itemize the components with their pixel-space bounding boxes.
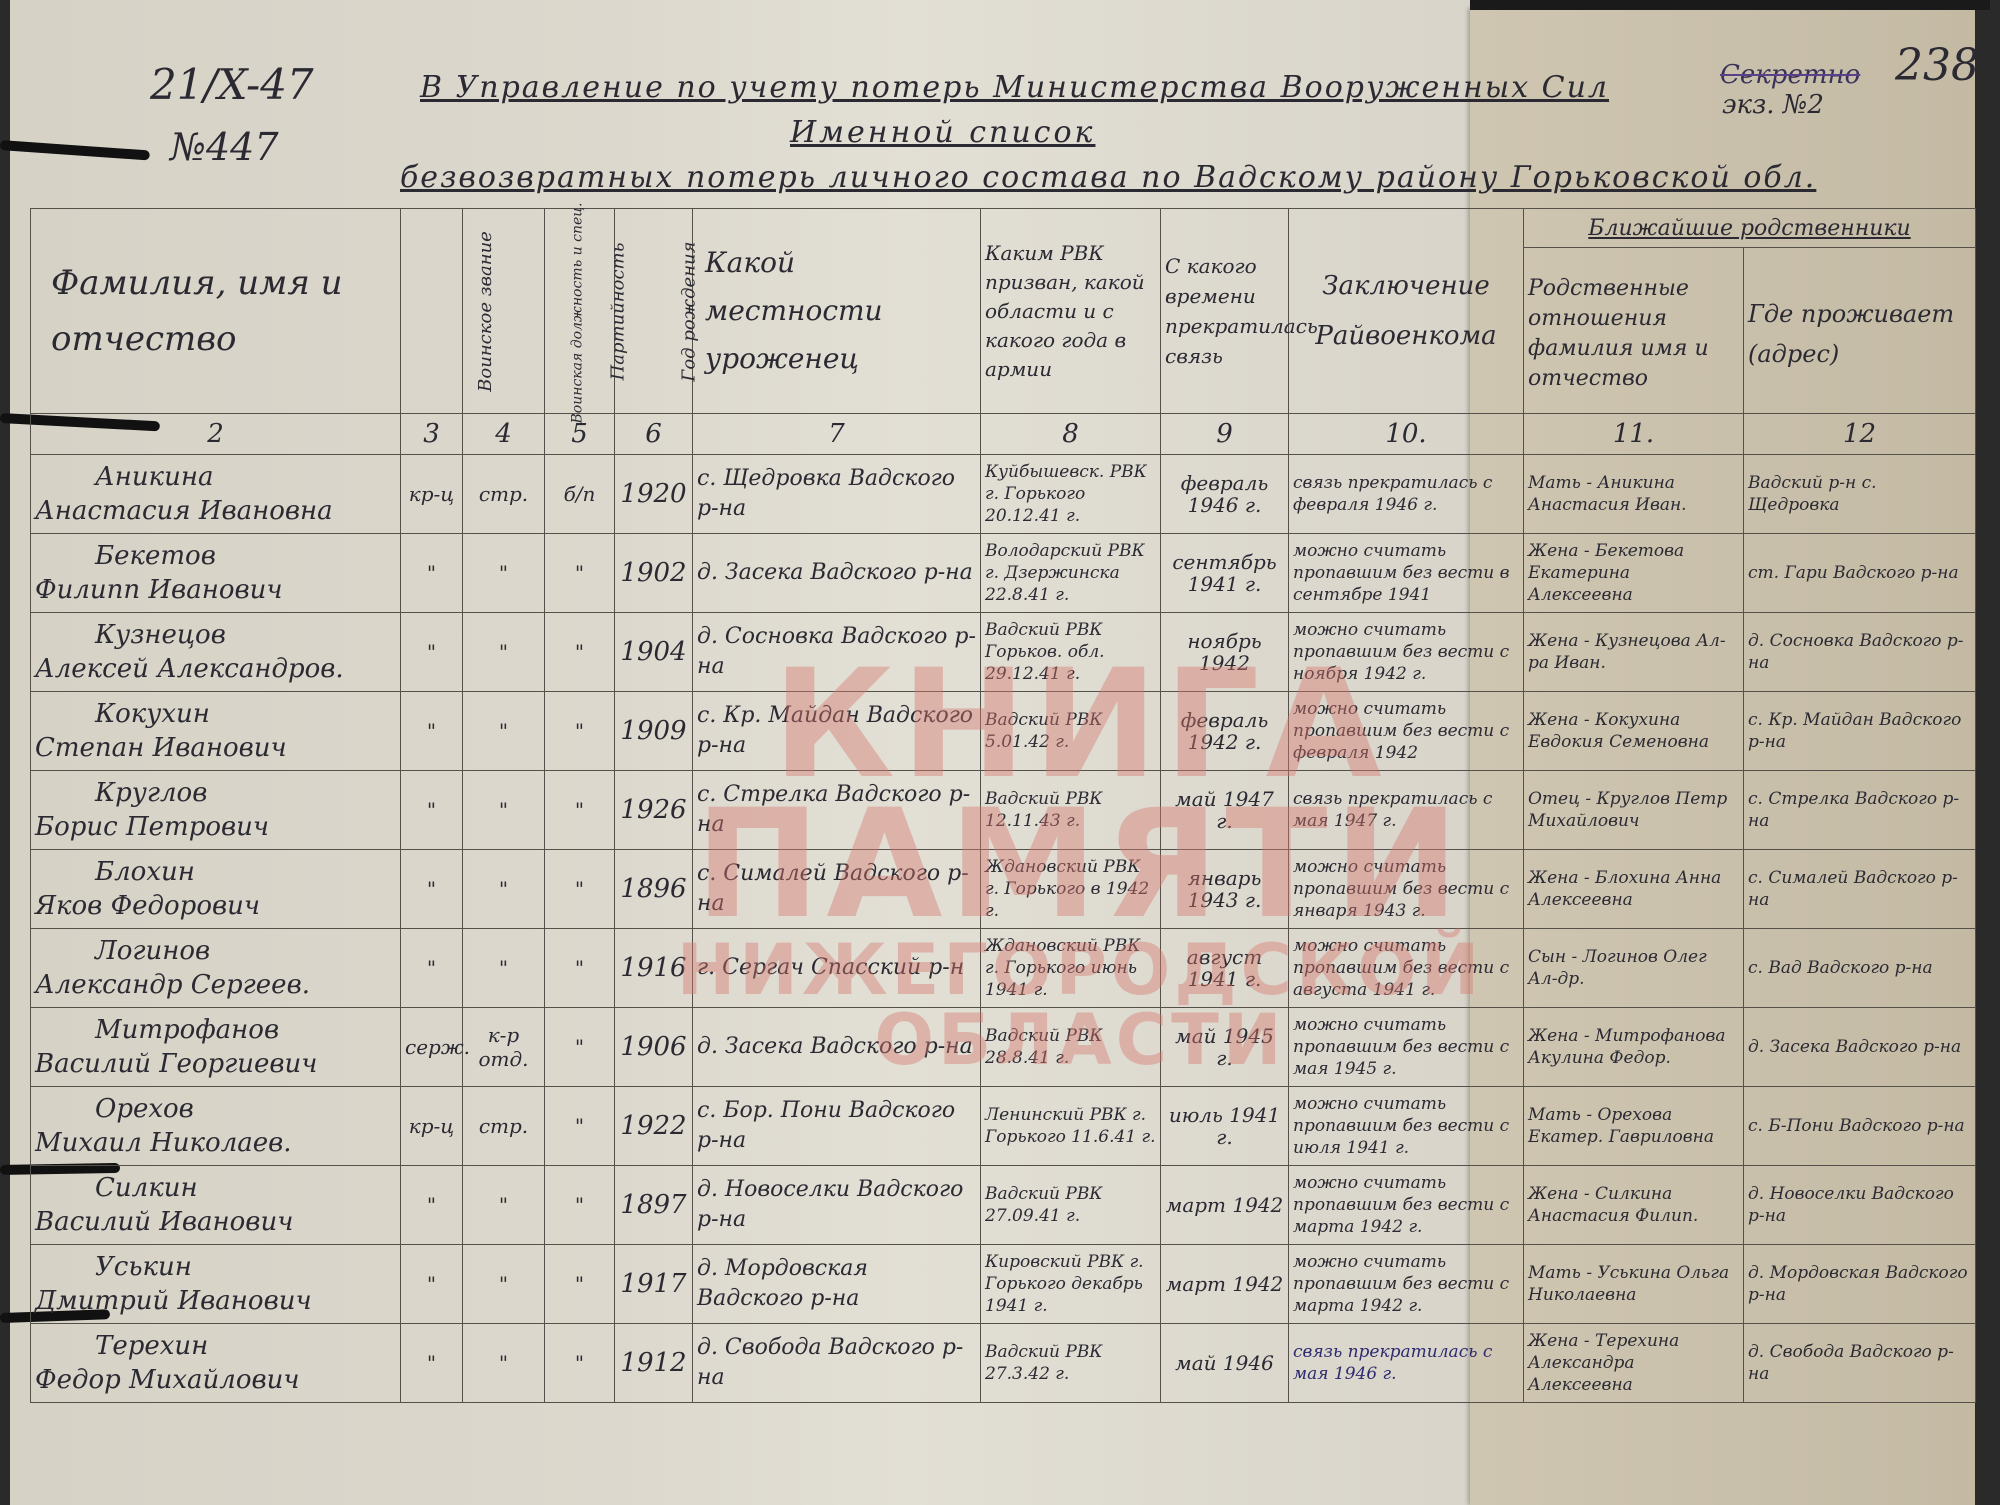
full-name-cell: УськинДмитрий Иванович [31,1245,401,1324]
party-cell: " [545,929,615,1008]
relative-cell: Сын - Логинов Олег Ал-др. [1524,929,1744,1008]
rank-cell: " [401,1166,463,1245]
col-num: 2 [31,414,401,455]
given-names: Александр Сергеев. [35,970,310,1000]
full-name-cell: СилкинВасилий Иванович [31,1166,401,1245]
given-names: Борис Петрович [35,812,269,842]
party-cell: " [545,1324,615,1403]
draft-office-cell: Куйбышевск. РВК г. Горького 20.12.41 г. [981,455,1161,534]
classification-text: Секретно [1720,60,1860,90]
address-cell: с. Вад Вадского р-на [1744,929,1976,1008]
relative-cell: Жена - Терехина Александра Алексеевна [1524,1324,1744,1403]
birthplace-cell: с. Сималей Вадского р-на [693,850,981,929]
header-relative-address: Где проживает (адрес) [1744,248,1976,414]
position-cell: " [463,534,545,613]
address-cell: с. Стрелка Вадского р-на [1744,771,1976,850]
birth-year-cell: 1902 [615,534,693,613]
header-draft-office: Каким РВК призван, какой области и с как… [981,209,1161,414]
address-cell: д. Свобода Вадского р-на [1744,1324,1976,1403]
table-row: ТерехинФедор Михайлович " " " 1912 д. Св… [31,1324,1976,1403]
surname: Кокухин [35,697,396,731]
rank-cell: " [401,534,463,613]
birth-year-cell: 1909 [615,692,693,771]
table-row: ОреховМихаил Николаев. кр-ц стр. " 1922 … [31,1087,1976,1166]
relative-cell: Жена - Кокухина Евдокия Семеновна [1524,692,1744,771]
relative-cell: Отец - Круглов Петр Михайлович [1524,771,1744,850]
table-row: БлохинЯков Федорович " " " 1896 с. Симал… [31,850,1976,929]
surname: Орехов [35,1092,396,1126]
document-date: 21/X-47 [150,60,314,109]
contact-lost-cell: ноябрь 1942 [1161,613,1289,692]
relative-cell: Мать - Аникина Анастасия Иван. [1524,455,1744,534]
conclusion-cell: связь прекратилась с февраля 1946 г. [1289,455,1524,534]
rank-cell: кр-ц [401,455,463,534]
relative-cell: Жена - Силкина Анастасия Филип. [1524,1166,1744,1245]
birthplace-cell: с. Стрелка Вадского р-на [693,771,981,850]
party-cell: " [545,534,615,613]
rank-cell: " [401,771,463,850]
birthplace-cell: г. Сергач Спасский р-н [693,929,981,1008]
party-cell: " [545,1087,615,1166]
address-cell: Вадский р-н с. Щедровка [1744,455,1976,534]
col-num: 10. [1289,414,1524,455]
contact-lost-cell: февраль 1946 г. [1161,455,1289,534]
col-num: 3 [401,414,463,455]
given-names: Василий Иванович [35,1207,293,1237]
position-cell: " [463,1166,545,1245]
address-cell: ст. Гари Вадского р-на [1744,534,1976,613]
draft-office-cell: Володарский РВК г. Дзержинска 22.8.41 г. [981,534,1161,613]
scan-edge [1470,0,1990,10]
party-cell: " [545,692,615,771]
draft-office-cell: Вадский РВК 28.8.41 г. [981,1008,1161,1087]
table-row: КузнецовАлексей Александров. " " " 1904 … [31,613,1976,692]
birthplace-cell: с. Кр. Майдан Вадского р-на [693,692,981,771]
full-name-cell: БлохинЯков Федорович [31,850,401,929]
header-relatives-group: Ближайшие родственники [1524,209,1976,248]
birth-year-cell: 1906 [615,1008,693,1087]
birthplace-cell: д. Засека Вадского р-на [693,1008,981,1087]
conclusion-cell: связь прекратилась с мая 1946 г. [1289,1324,1524,1403]
header-birthplace: Какой местности уроженец [693,209,981,414]
contact-lost-cell: январь 1943 г. [1161,850,1289,929]
party-cell: " [545,1245,615,1324]
given-names: Яков Федорович [35,891,260,921]
addressee-line: В Управление по учету потерь Министерств… [420,70,1609,105]
full-name-cell: ОреховМихаил Николаев. [31,1087,401,1166]
contact-lost-cell: август 1941 г. [1161,929,1289,1008]
header-position-label: Воинская должность и спец. [570,202,586,423]
given-names: Степан Иванович [35,733,287,763]
classification-stamp: Секретно [1720,60,1860,90]
address-cell: д. Сосновка Вадского р-на [1744,613,1976,692]
party-cell: " [545,1166,615,1245]
rank-cell: " [401,1245,463,1324]
position-cell: " [463,929,545,1008]
conclusion-cell: связь прекратилась с мая 1947 г. [1289,771,1524,850]
surname: Круглов [35,776,396,810]
birth-year-cell: 1920 [615,455,693,534]
given-names: Филипп Иванович [35,575,283,605]
header-relative-name: Родственные отношения фамилия имя и отче… [1524,248,1744,414]
birth-year-cell: 1896 [615,850,693,929]
given-names: Василий Георгиевич [35,1049,317,1079]
birthplace-cell: д. Мордовская Вадского р-на [693,1245,981,1324]
table-row: ЛогиновАлександр Сергеев. " " " 1916 г. … [31,929,1976,1008]
relative-cell: Мать - Уськина Ольга Николаевна [1524,1245,1744,1324]
header-birth-year-label: Год рождения [679,241,700,381]
contact-lost-cell: май 1946 [1161,1324,1289,1403]
contact-lost-cell: июль 1941 г. [1161,1087,1289,1166]
col-num: 11. [1524,414,1744,455]
rank-cell: " [401,850,463,929]
rank-cell: " [401,1324,463,1403]
birth-year-cell: 1916 [615,929,693,1008]
birthplace-cell: д. Засека Вадского р-на [693,534,981,613]
col-num: 4 [463,414,545,455]
document-title: Именной список [790,115,1095,150]
rank-cell: " [401,613,463,692]
given-names: Анастасия Ивановна [35,496,333,526]
rank-cell: " [401,692,463,771]
draft-office-cell: Вадский РВК Горьков. обл. 29.12.41 г. [981,613,1161,692]
draft-office-cell: Вадский РВК 27.3.42 г. [981,1324,1161,1403]
conclusion-cell: можно считать пропавшим без вести в сент… [1289,534,1524,613]
surname: Бекетов [35,539,396,573]
table-row: КокухинСтепан Иванович " " " 1909 с. Кр.… [31,692,1976,771]
draft-office-cell: Ждановский РВК г. Горького июнь 1941 г. [981,929,1161,1008]
birthplace-cell: д. Сосновка Вадского р-на [693,613,981,692]
position-cell: " [463,850,545,929]
address-cell: д. Засека Вадского р-на [1744,1008,1976,1087]
header-rank: Воинское звание [401,209,463,414]
document-number: №447 [170,125,279,169]
address-cell: д. Новоселки Вадского р-на [1744,1166,1976,1245]
party-cell: " [545,1008,615,1087]
conclusion-cell: можно считать пропавшим без вести с март… [1289,1166,1524,1245]
full-name-cell: КругловБорис Петрович [31,771,401,850]
full-name-cell: КокухинСтепан Иванович [31,692,401,771]
rank-cell: серж. [401,1008,463,1087]
draft-office-cell: Кировский РВК г. Горького декабрь 1941 г… [981,1245,1161,1324]
birth-year-cell: 1922 [615,1087,693,1166]
casualty-list-table: Фамилия, имя и отчество Воинское звание … [30,208,1976,1403]
header-party-label: Партийность [607,242,628,380]
table-row: АникинаАнастасия Ивановна кр-ц стр. б/п … [31,455,1976,534]
draft-office-cell: Вадский РВК 27.09.41 г. [981,1166,1161,1245]
birthplace-cell: д. Новоселки Вадского р-на [693,1166,981,1245]
contact-lost-cell: март 1942 [1161,1245,1289,1324]
address-cell: с. Б-Пони Вадского р-на [1744,1087,1976,1166]
header-contact-lost: С какого времени прекратилась связь [1161,209,1289,414]
position-cell: стр. [463,455,545,534]
col-num: 8 [981,414,1161,455]
table-row: УськинДмитрий Иванович " " " 1917 д. Мор… [31,1245,1976,1324]
address-cell: с. Кр. Майдан Вадского р-на [1744,692,1976,771]
party-cell: " [545,771,615,850]
draft-office-cell: Вадский РВК 5.01.42 г. [981,692,1161,771]
contact-lost-cell: май 1945 г. [1161,1008,1289,1087]
surname: Аникина [35,460,396,494]
conclusion-cell: можно считать пропавшим без вести с нояб… [1289,613,1524,692]
surname: Блохин [35,855,396,889]
party-cell: " [545,850,615,929]
surname: Уськин [35,1250,396,1284]
relative-cell: Жена - Бекетова Екатерина Алексеевна [1524,534,1744,613]
col-num: 9 [1161,414,1289,455]
contact-lost-cell: февраль 1942 г. [1161,692,1289,771]
document-subtitle: безвозвратных потерь личного состава по … [400,160,1816,195]
birth-year-cell: 1912 [615,1324,693,1403]
position-cell: к-р отд. [463,1008,545,1087]
conclusion-cell: можно считать пропавшим без вести с март… [1289,1245,1524,1324]
given-names: Михаил Николаев. [35,1128,292,1158]
given-names: Дмитрий Иванович [35,1286,312,1316]
header-conclusion: Заключение Райвоенкома [1289,209,1524,414]
position-cell: " [463,692,545,771]
table-row: МитрофановВасилий Георгиевич серж. к-р о… [31,1008,1976,1087]
header-rank-label: Воинское звание [475,231,496,392]
conclusion-cell: можно считать пропавшим без вести с февр… [1289,692,1524,771]
full-name-cell: БекетовФилипп Иванович [31,534,401,613]
surname: Логинов [35,934,396,968]
position-cell: " [463,613,545,692]
column-number-row: 2 3 4 5 6 7 8 9 10. 11. 12 [31,414,1976,455]
col-num: 12 [1744,414,1976,455]
position-cell: стр. [463,1087,545,1166]
col-num: 6 [615,414,693,455]
party-cell: " [545,613,615,692]
header-full-name: Фамилия, имя и отчество [31,209,401,414]
full-name-cell: КузнецовАлексей Александров. [31,613,401,692]
copy-number: экз. №2 [1722,90,1824,120]
birth-year-cell: 1904 [615,613,693,692]
position-cell: " [463,1245,545,1324]
table-row: БекетовФилипп Иванович " " " 1902 д. Зас… [31,534,1976,613]
position-cell: " [463,771,545,850]
birth-year-cell: 1917 [615,1245,693,1324]
surname: Терехин [35,1329,396,1363]
birthplace-cell: д. Свобода Вадского р-на [693,1324,981,1403]
surname: Кузнецов [35,618,396,652]
contact-lost-cell: сентябрь 1941 г. [1161,534,1289,613]
relative-cell: Жена - Кузнецова Ал-ра Иван. [1524,613,1744,692]
conclusion-cell: можно считать пропавшим без вести с мая … [1289,1008,1524,1087]
address-cell: д. Мордовская Вадского р-на [1744,1245,1976,1324]
col-num: 7 [693,414,981,455]
address-cell: с. Сималей Вадского р-на [1744,850,1976,929]
table-row: СилкинВасилий Иванович " " " 1897 д. Нов… [31,1166,1976,1245]
given-names: Федор Михайлович [35,1365,300,1395]
birth-year-cell: 1926 [615,771,693,850]
contact-lost-cell: март 1942 [1161,1166,1289,1245]
conclusion-cell: можно считать пропавшим без вести с авгу… [1289,929,1524,1008]
full-name-cell: МитрофановВасилий Георгиевич [31,1008,401,1087]
surname: Митрофанов [35,1013,396,1047]
draft-office-cell: Ленинский РВК г. Горького 11.6.41 г. [981,1087,1161,1166]
table-header-row: Фамилия, имя и отчество Воинское звание … [31,209,1976,248]
full-name-cell: АникинаАнастасия Ивановна [31,455,401,534]
relative-cell: Жена - Митрофанова Акулина Федор. [1524,1008,1744,1087]
contact-lost-cell: май 1947 г. [1161,771,1289,850]
rank-cell: " [401,929,463,1008]
birthplace-cell: с. Бор. Пони Вадского р-на [693,1087,981,1166]
archive-page-number: 238 [1895,40,1979,91]
given-names: Алексей Александров. [35,654,344,684]
table-row: КругловБорис Петрович " " " 1926 с. Стре… [31,771,1976,850]
relative-cell: Жена - Блохина Анна Алексеевна [1524,850,1744,929]
draft-office-cell: Ждановский РВК г. Горького в 1942 г. [981,850,1161,929]
full-name-cell: ТерехинФедор Михайлович [31,1324,401,1403]
party-cell: б/п [545,455,615,534]
full-name-cell: ЛогиновАлександр Сергеев. [31,929,401,1008]
surname: Силкин [35,1171,396,1205]
birth-year-cell: 1897 [615,1166,693,1245]
position-cell: " [463,1324,545,1403]
birthplace-cell: с. Щедровка Вадского р-на [693,455,981,534]
draft-office-cell: Вадский РВК 12.11.43 г. [981,771,1161,850]
conclusion-cell: можно считать пропавшим без вести с янва… [1289,850,1524,929]
rank-cell: кр-ц [401,1087,463,1166]
relative-cell: Мать - Орехова Екатер. Гавриловна [1524,1087,1744,1166]
conclusion-cell: можно считать пропавшим без вести с июля… [1289,1087,1524,1166]
